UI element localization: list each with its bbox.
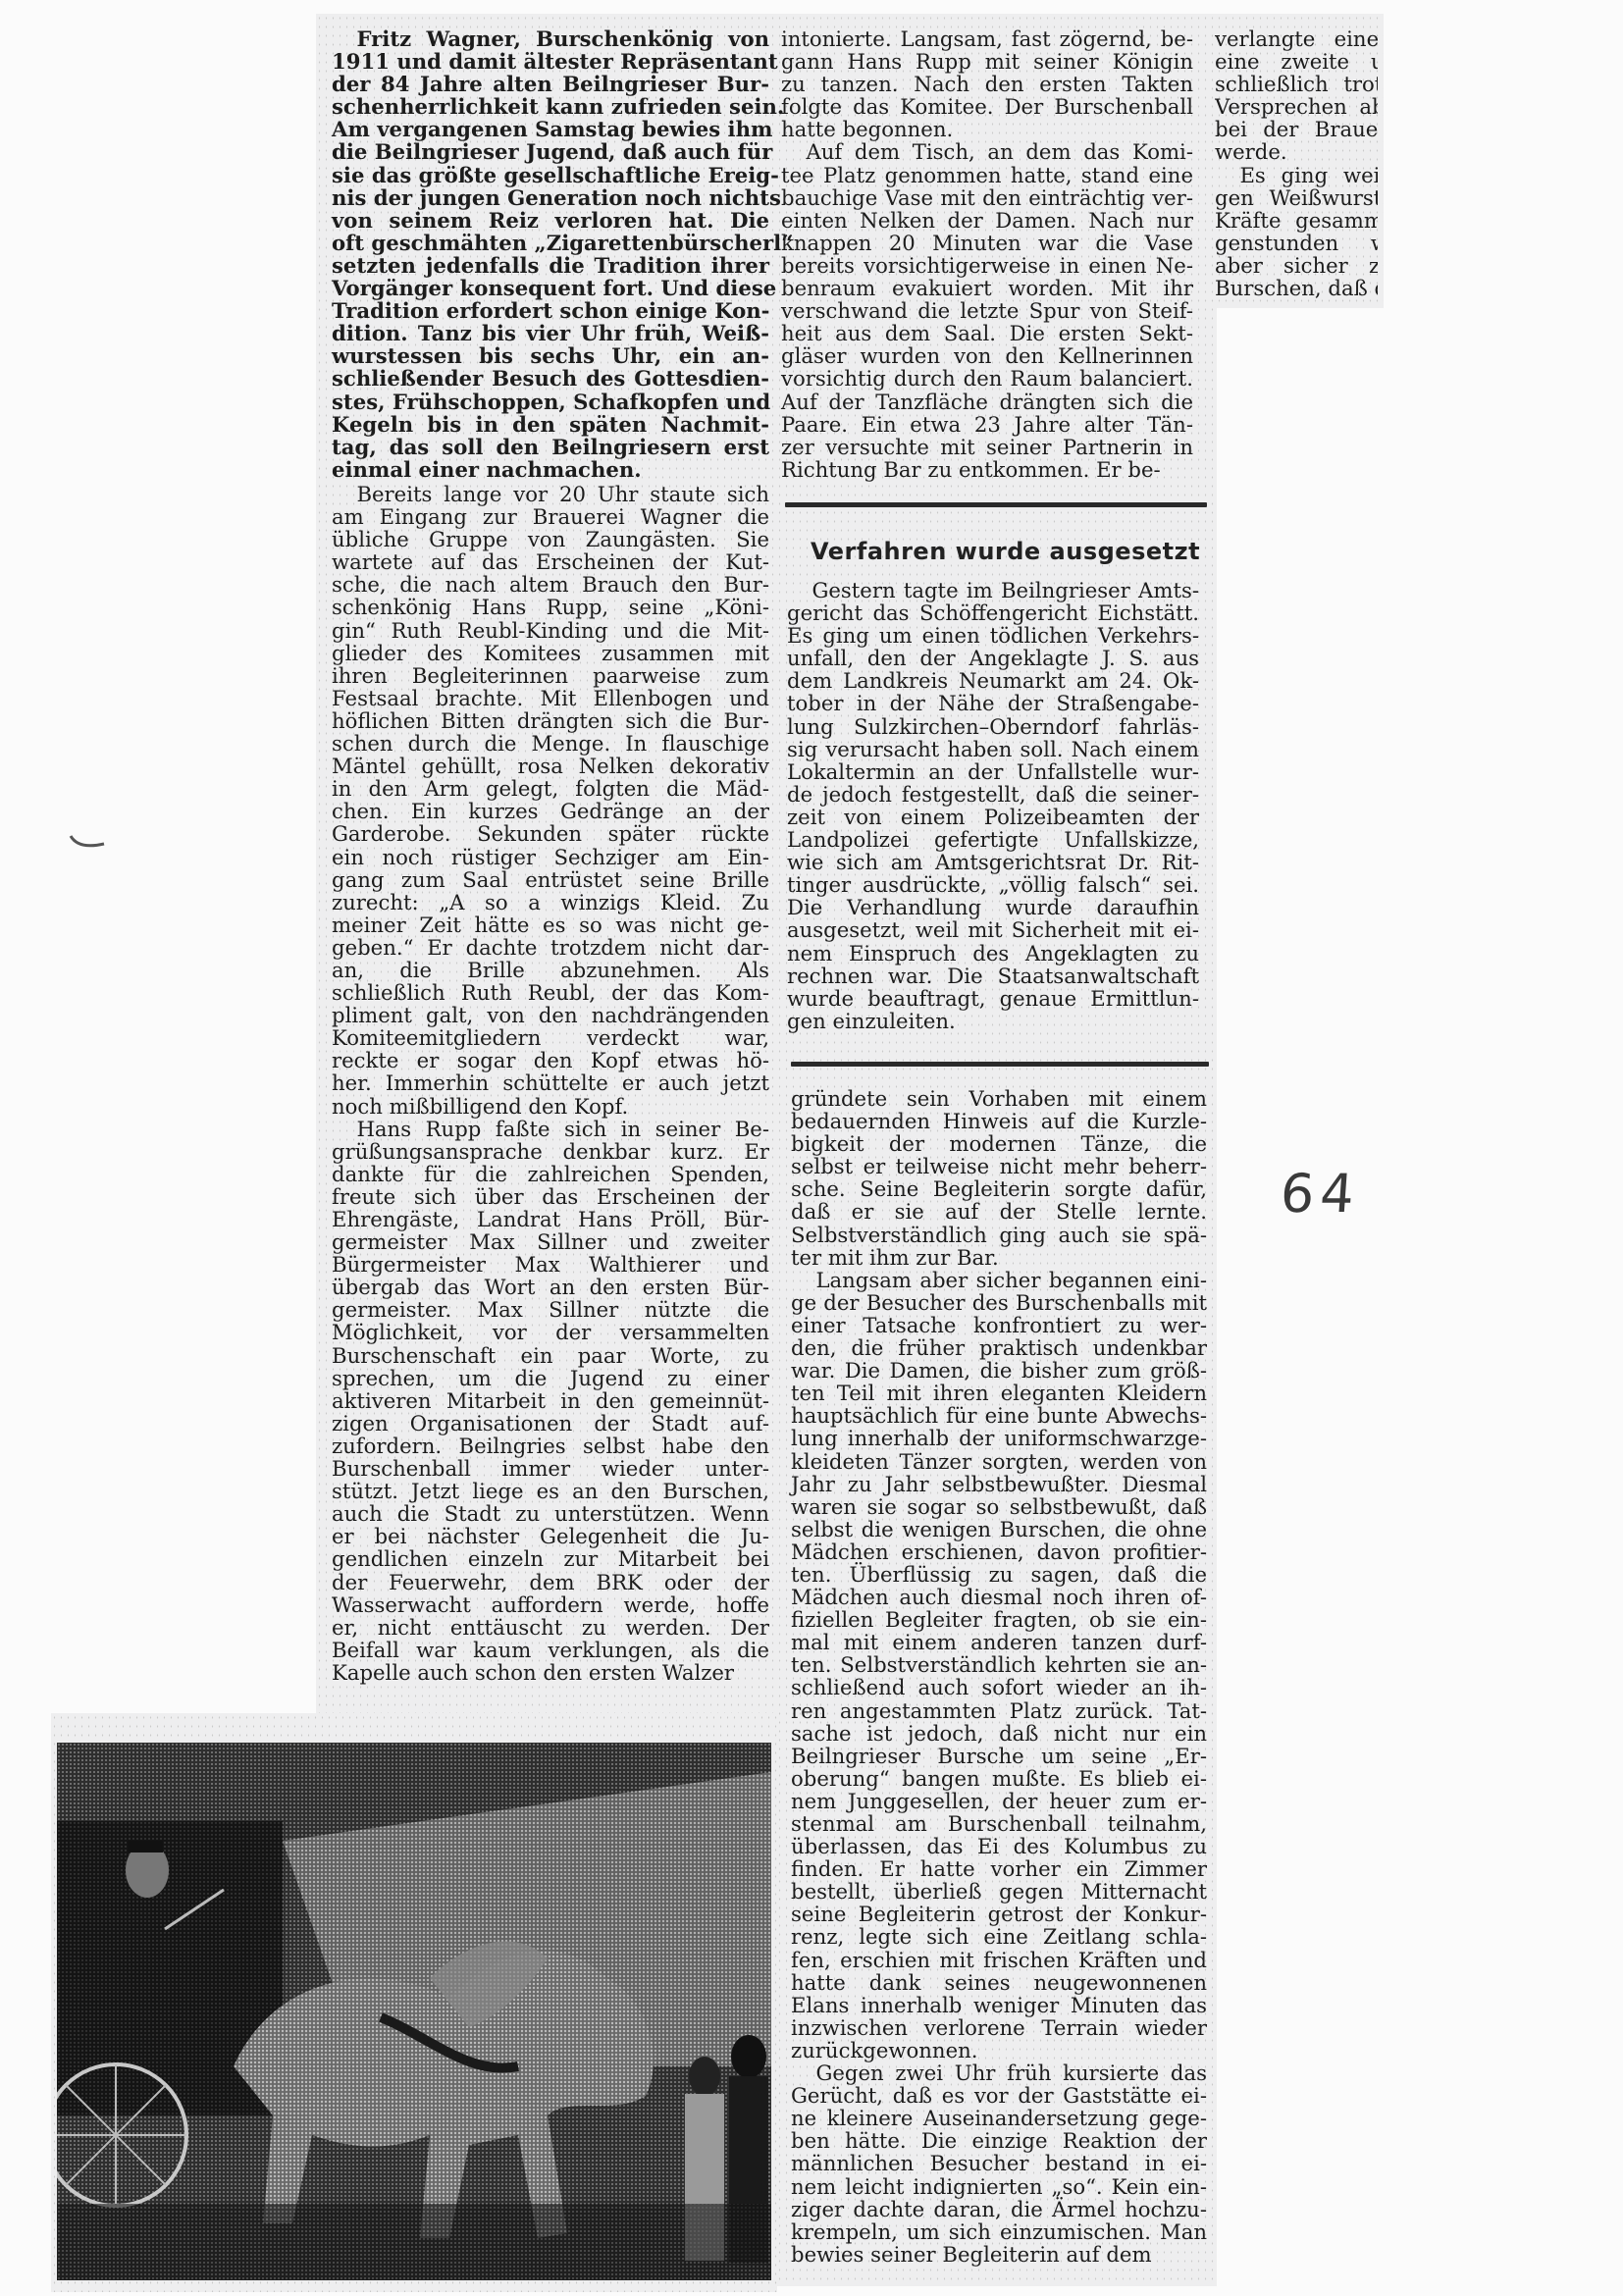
text-line: intonierte. Langsam, fast zögernd, be- [781,27,1193,50]
text-line: benraum evakuiert worden. Mit ihr [781,277,1193,299]
text-line: Landpolizei gefertigte Unfallskizze, [787,828,1199,851]
text-line: Lokaltermin an der Unfallstelle wur- [787,760,1199,783]
text-line: hatte begonnen. [781,118,1193,140]
column-1-body: Bereits lange vor 20 Uhr staute sicham E… [332,483,769,1684]
text-line: hauptsächlich für eine bunte Abwechs- [791,1404,1207,1427]
text-line: kleideten Tänzer sorgten, werden von [791,1450,1207,1473]
text-line: wurstessen bis sechs Uhr, ein an- [332,344,769,367]
text-line: sprechen, um die Jugend zu einer [332,1367,769,1389]
text-line: werde. [1215,140,1378,163]
handwritten-page-number: 64 [1279,1163,1362,1225]
text-line: 1911 und damit ältester Repräsentant [332,50,769,73]
text-line: ter mit ihm zur Bar. [791,1246,1207,1269]
text-line: Bereits lange vor 20 Uhr staute sich [332,483,769,505]
text-line: gläser wurden von den Kellnerinnen [781,344,1193,367]
text-line: dankte für die zahlreichen Spenden, [332,1163,769,1185]
text-line: sig verursacht haben soll. Nach einem [787,738,1199,760]
text-line: Es ging um einen tödlichen Verkehrs- [787,624,1199,647]
text-line: gründete sein Vorhaben mit einem [791,1087,1207,1110]
text-line: zurecht: „A so a winzigs Kleid. Zu [332,891,769,913]
text-line: Mädchen erschienen, davon profitier- [791,1540,1207,1563]
text-line: grüßungsansprache denkbar kurz. Er [332,1140,769,1163]
text-line: war. Die Damen, die bisher zum größ- [791,1359,1207,1382]
text-line: ren angestammten Platz zurück. Tat- [791,1699,1207,1722]
text-line: sche. Seine Begleiterin sorgte dafür, [791,1177,1207,1200]
text-line: Gerücht, daß es vor der Gaststätte ei- [791,2084,1207,2107]
text-line: am Eingang zur Brauerei Wagner die [332,505,769,528]
text-line: daß er sie auf der Stelle lernte. [791,1200,1207,1223]
text-line: Burschen, daß doch sie noch „H [1215,277,1378,299]
text-line: von seinem Reiz verloren hat. Die [332,209,769,232]
sidebar-article-body: Gestern tagte im Beilngrieser Amts-geric… [787,579,1199,1032]
text-line: schließender Besuch des Gottesdien- [332,367,769,390]
text-line: Beifall war kaum verklungen, als die [332,1639,769,1661]
text-line: er bei nächster Gelegenheit die Ju- [332,1525,769,1547]
text-line: fen, erschien mit frischen Kräften und [791,1949,1207,1971]
text-line: Kegeln bis in den späten Nachmit- [332,413,769,436]
sidebar-headline: Verfahren wurde ausgesetzt [811,538,1200,565]
text-line: glieder des Komitees zusammen mit [332,642,769,664]
text-line: mal mit einem anderen tanzen durf- [791,1631,1207,1653]
text-line: aktiveren Mitarbeit in den gemeinnüt- [332,1389,769,1412]
text-line: Gegen zwei Uhr früh kursierte das [791,2061,1207,2084]
text-line: gen einzuleiten. [787,1010,1199,1032]
text-line: Burschenschaft ein paar Worte, zu [332,1344,769,1367]
text-line: Auf dem Tisch, an dem das Komi- [781,140,1193,163]
text-line: de jedoch festgestellt, daß die seiner- [787,783,1199,806]
text-line: folgte das Komitee. Der Burschenball [781,95,1193,118]
text-line: Richtung Bar zu entkommen. Er be- [781,458,1193,481]
text-line: krempeln, um sich einzumischen. Man [791,2220,1207,2243]
text-line: bewies seiner Begleiterin auf dem [791,2243,1207,2266]
text-line: aber sicher zeigten die Beilngries [1215,254,1378,277]
text-line: reckte er sogar den Kopf etwas hö- [332,1049,769,1071]
text-line: germeister Max Sillner und zweiter [332,1230,769,1253]
text-line: sie das größte gesellschaftliche Ereig- [332,164,769,186]
text-line: freute sich über das Erscheinen der [332,1185,769,1208]
text-line: Festsaal brachte. Mit Ellenbogen und [332,687,769,709]
text-line: tag, das soll den Beilngriesern erst [332,436,769,458]
text-line: wartete auf das Erscheinen der Kut- [332,550,769,573]
text-line: Gestern tagte im Beilngrieser Amts- [787,579,1199,601]
text-line: germeister. Max Sillner nützte die [332,1298,769,1321]
text-line: auch die Stadt zu unterstützen. Wenn [332,1502,769,1525]
text-line: höflichen Bitten drängten sich die Bur- [332,709,769,732]
text-line: Kapelle auch schon den ersten Walzer [332,1661,769,1684]
column-2-bottom: gründete sein Vorhaben mit einembedauern… [791,1087,1207,2266]
text-line: bereits vorsichtigerweise in einen Ne- [781,254,1193,277]
divider-rule-top [785,502,1207,507]
text-line: übliche Gruppe von Zaungästen. Sie [332,528,769,550]
text-line: Mäntel gehüllt, rosa Nelken dekorativ [332,755,769,777]
text-line: ge der Besucher des Burschenballs mit [791,1291,1207,1314]
text-line: zurückgewonnen. [791,2039,1207,2061]
text-line: wie sich am Amtsgerichtsrat Dr. Rit- [787,851,1199,873]
text-line: ten. Überflüssig zu sagen, daß die [791,1563,1207,1586]
text-line: ten. Selbstverständlich kehrten sie an- [791,1653,1207,1676]
text-line: schenkönig Hans Rupp, seine „Köni- [332,596,769,618]
text-line: lung Sulzkirchen–Oberndorf fahrläs- [787,715,1199,738]
text-line: dem Landkreis Neumarkt am 24. Ok- [787,669,1199,692]
text-line: inzwischen verlorene Terrain wieder [791,2016,1207,2039]
text-line: geben.“ Er dachte trotzdem nicht dar- [332,936,769,959]
text-line: Tradition erfordert schon einige Kon- [332,299,769,322]
column-1-lead: Fritz Wagner, Burschenkönig von1911 und … [332,27,769,481]
column-2-top: intonierte. Langsam, fast zögernd, be-ga… [781,27,1193,481]
text-line: männlichen Besucher bestand in ei- [791,2152,1207,2174]
text-line: pliment galt, von den nachdrängenden [332,1004,769,1026]
text-line: einer Tatsache konfrontiert zu wer- [791,1314,1207,1336]
text-line: finden. Er hatte vorher ein Zimmer [791,1857,1207,1880]
text-line: selbst er teilweise nicht mehr beherr- [791,1155,1207,1177]
text-line: ziger dachte daran, die Ärmel hochzu- [791,2198,1207,2220]
text-line: gann Hans Rupp mit seiner Königin [781,50,1193,73]
text-line: Möglichkeit, vor der versammelten [332,1321,769,1343]
text-line: Paare. Ein etwa 23 Jahre alter Tän- [781,413,1193,436]
text-line: ihren Begleiterinnen paarweise zum [332,664,769,687]
text-line: eine zweite und dritte Zugabe u [1215,50,1378,73]
text-line: setzten jedenfalls die Tradition ihrer [332,254,769,277]
text-line: Garderobe. Sekunden später rückte [332,822,769,845]
text-line: verschwand die letzte Spur von Steif- [781,299,1193,322]
scan-edge-mark [69,834,108,854]
text-line: oberung“ bangen mußte. Es blieb ei- [791,1767,1207,1790]
text-line: Ehrengäste, Landrat Hans Pröll, Bür- [332,1208,769,1230]
text-line: ausgesetzt, weil mit Sicherheit mit ei- [787,918,1199,941]
text-line: Beilngrieser Bursche um seine „Er- [791,1745,1207,1767]
text-line: einmal einer nachmachen. [332,458,769,481]
text-line: übergab das Wort an den ersten Bür- [332,1276,769,1298]
text-line: zer versuchte mit seiner Partnerin in [781,436,1193,458]
text-line: bei der Brauerei Fuchs weitermach [1215,118,1378,140]
text-line: renz, legte sich eine Zeitlang schla- [791,1925,1207,1948]
text-line: verlangte eine Zugabe. Es verlang [1215,27,1378,50]
text-line: gang zum Saal entrüstet seine Brille [332,868,769,891]
text-line: Burschenball immer wieder unter- [332,1457,769,1480]
text-line: ten Teil mit ihren eleganten Kleidern [791,1382,1207,1404]
text-line: sche, die nach altem Brauch den Bur- [332,573,769,596]
text-line: rechnen war. Die Staatsanwaltschaft [787,965,1199,987]
text-line: er, nicht enttäuscht zu werden. Der [332,1616,769,1639]
text-line: Versprechen ab, daß man anschließe [1215,95,1378,118]
text-line: zufordern. Beilngries selbst habe den [332,1435,769,1457]
text-line: stützt. Jetzt liege es an den Burschen, [332,1480,769,1502]
text-line: lung innerhalb der uniformschwarzge- [791,1427,1207,1449]
text-line: Jahr zu Jahr selbstbewußter. Diesmal [791,1473,1207,1495]
text-line: genstunden weiterzufeiern. Langs [1215,232,1378,254]
text-line: Komiteemitgliedern verdeckt war, [332,1026,769,1049]
text-line: den, die früher praktisch undenkbar [791,1336,1207,1359]
text-line: Wasserwacht auffordern werde, hoffe [332,1593,769,1616]
column-3-body: verlangte eine Zugabe. Es verlangeine zw… [1215,27,1378,299]
text-line: noch mißbilligend den Kopf. [332,1095,769,1118]
text-line: selbst die wenigen Burschen, die ohne [791,1518,1207,1540]
text-line: Fritz Wagner, Burschenkönig von [332,27,769,50]
text-line: schließlich trotzte es der Kapelle d [1215,73,1378,95]
text-line: nem Junggesellen, der heuer zum er- [791,1790,1207,1812]
carriage-photo [57,1743,771,2280]
text-line: stes, Frühschoppen, Schafkopfen und [332,391,769,413]
text-line: unfall, den der Angeklagte J. S. aus [787,647,1199,669]
text-line: Elans innerhalb weniger Minuten das [791,1994,1207,2016]
text-line: Am vergangenen Samstag bewies ihm [332,118,769,140]
text-line: tee Platz genommen hatte, stand eine [781,164,1193,186]
text-line: gericht das Schöffengericht Eichstätt. [787,601,1199,624]
text-line: an, die Brille abzunehmen. Als [332,959,769,981]
text-line: Mädchen auch diesmal noch ihren of- [791,1586,1207,1608]
text-line: heit aus dem Saal. Die ersten Sekt- [781,322,1193,344]
text-line: oft geschmähten „Zigarettenbürscherl“ [332,232,769,254]
text-line: Kräfte gesammelt, um bis in die M [1215,209,1378,232]
text-line: knappen 20 Minuten war die Vase [781,232,1193,254]
text-line: schen durch die Menge. In flauschige [332,732,769,755]
text-line: überlassen, das Ei des Kolumbus zu [791,1835,1207,1857]
text-line: der 84 Jahre alten Beilngrieser Bur- [332,73,769,95]
text-line: bestellt, überließ gegen Mitternacht [791,1880,1207,1903]
text-line: schließend auch sofort wieder an ih- [791,1676,1207,1698]
text-line: Langsam aber sicher begannen eini- [791,1269,1207,1291]
text-line: zigen Organisationen der Stadt auf- [332,1412,769,1435]
text-line: stenmal am Burschenball teilnahm, [791,1812,1207,1835]
text-line: schließlich Ruth Reubl, der das Kom- [332,981,769,1004]
horse-carriage-image [57,1743,771,2280]
text-line: nis der jungen Generation noch nichts [332,186,769,209]
text-line: zu tanzen. Nach den ersten Takten [781,73,1193,95]
text-line: fiziellen Begleiter fragten, ob sie ein- [791,1608,1207,1631]
text-line: meiner Zeit hätte es so was nicht ge- [332,913,769,936]
text-line: einten Nelken der Damen. Nach nur [781,209,1193,232]
divider-rule-bottom [791,1062,1209,1067]
text-line: schenherrlichkeit kann zufrieden sein. [332,95,769,118]
text-line: seine Begleiterin getrost der Konkur- [791,1903,1207,1925]
text-line: gendlichen einzeln zur Mitarbeit bei [332,1547,769,1570]
text-line: dition. Tanz bis vier Uhr früh, Weiß- [332,322,769,344]
text-line: die Beilngrieser Jugend, daß auch für [332,140,769,163]
text-line: gin“ Ruth Reubl-Kinding und die Mit- [332,619,769,642]
text-line: tober in der Nähe der Straßengabe- [787,692,1199,714]
text-line: vorsichtig durch den Raum balanciert. [781,367,1193,390]
text-line: wurde beauftragt, genaue Ermittlun- [787,987,1199,1010]
text-line: bigkeit der modernen Tänze, die [791,1132,1207,1155]
text-line: chen. Ein kurzes Gedränge an der [332,800,769,822]
text-line: her. Immerhin schüttelte er auch jetzt [332,1071,769,1094]
text-line: der Feuerwehr, dem BRK oder der [332,1571,769,1593]
text-line: gen Weißwurstessen hatte man gen [1215,186,1378,209]
column-3-clip: verlangte eine Zugabe. Es verlangeine zw… [1215,27,1378,312]
text-line: bedauernden Hinweis auf die Kurzle- [791,1110,1207,1132]
text-line: Vorgänger konsequent fort. Und diese [332,277,769,299]
text-line: bauchige Vase mit den einträchtig ver- [781,186,1193,209]
text-line: Es ging weiter. Nach einem zünf [1215,164,1378,186]
text-line: ne kleinere Auseinandersetzung gege- [791,2107,1207,2129]
text-line: sache ist jedoch, daß nicht nur ein [791,1722,1207,1745]
text-line: hatte dank seines neugewonnenen [791,1971,1207,1994]
text-line: Auf der Tanzfläche drängten sich die [781,391,1193,413]
text-line: waren sie sogar so selbstbewußt, daß [791,1495,1207,1518]
text-line: in den Arm gelegt, folgten die Mäd- [332,777,769,800]
text-line: Hans Rupp faßte sich in seiner Be- [332,1118,769,1140]
text-line: zeit von einem Polizeibeamten der [787,806,1199,828]
text-line: Selbstverständlich ging auch sie spä- [791,1224,1207,1246]
text-line: tinger ausdrückte, „völlig falsch“ sei. [787,873,1199,896]
text-line: ben hätte. Die einzige Reaktion der [791,2129,1207,2152]
text-line: ein noch rüstiger Sechziger am Ein- [332,846,769,868]
text-line: nem leicht indignierten „so“. Kein ein- [791,2175,1207,2198]
text-line: nem Einspruch des Angeklagten zu [787,942,1199,965]
text-line: Bürgermeister Max Walthierer und [332,1253,769,1276]
text-line: Die Verhandlung wurde daraufhin [787,896,1199,918]
